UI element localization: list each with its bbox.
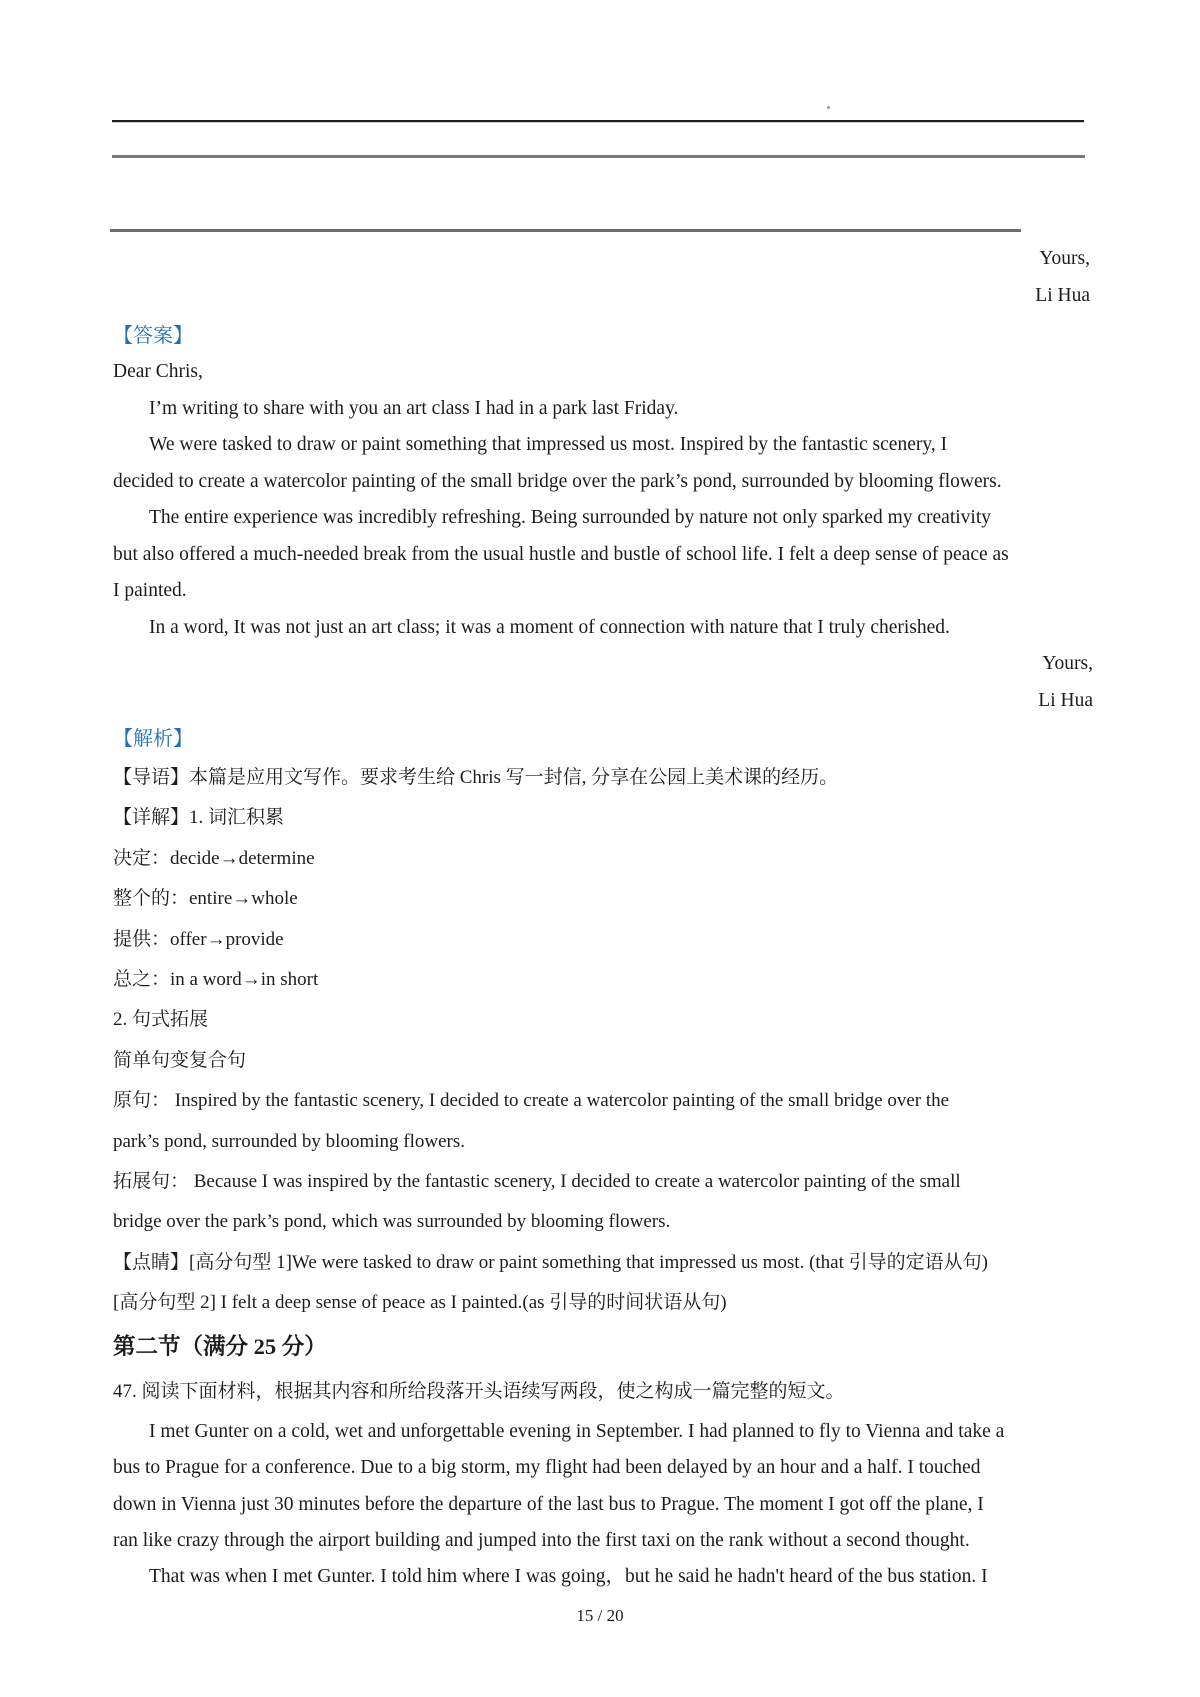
- document-page: Yours, Li Hua 【答案】 Dear Chris, I’m writi…: [0, 0, 1200, 1697]
- analysis-line: 【导语】本篇是应用文写作。要求考生给 Chris 写一封信, 分享在公园上美术课…: [113, 758, 1123, 798]
- answer-label: 【答案】: [113, 319, 193, 348]
- analysis-line: park’s pond, surrounded by blooming flow…: [113, 1122, 1123, 1162]
- answer-blank-line-1: [112, 120, 1084, 123]
- letter-closing-signature: Li Hua: [113, 683, 1093, 720]
- letter-line: In a word, It was not just an art class;…: [113, 610, 1093, 647]
- analysis-line: 简单句变复合句: [113, 1041, 1123, 1081]
- analysis-body: 【导语】本篇是应用文写作。要求考生给 Chris 写一封信, 分享在公园上美术课…: [113, 758, 1123, 1324]
- story-line: That was when I met Gunter. I told him w…: [113, 1559, 1093, 1595]
- letter-closing-yours: Yours,: [113, 646, 1093, 683]
- story-passage: I met Gunter on a cold, wet and unforget…: [113, 1414, 1093, 1595]
- analysis-line: 整个的：entire→whole: [113, 879, 1123, 919]
- letter-line: We were tasked to draw or paint somethin…: [113, 427, 1093, 464]
- analysis-line: 【点睛】[高分句型 1]We were tasked to draw or pa…: [113, 1243, 1123, 1283]
- closing-signature: Li Hua: [1035, 277, 1090, 314]
- letter-line: Dear Chris,: [113, 354, 1093, 391]
- story-line: ran like crazy through the airport build…: [113, 1523, 1093, 1559]
- question-47-prompt: 47. 阅读下面材料，根据其内容和所给段落开头语续写两段，使之构成一篇完整的短文…: [113, 1376, 845, 1403]
- analysis-line: 提供：offer→provide: [113, 920, 1123, 960]
- analysis-line: 2. 句式拓展: [113, 1000, 1123, 1040]
- letter-line: The entire experience was incredibly ref…: [113, 500, 1093, 537]
- story-line: I met Gunter on a cold, wet and unforget…: [113, 1414, 1093, 1450]
- letter-line: but also offered a much-needed break fro…: [113, 537, 1093, 574]
- page-number: 15 / 20: [0, 1606, 1200, 1626]
- analysis-line: 拓展句： Because I was inspired by the fanta…: [113, 1162, 1123, 1202]
- section-heading: 第二节（满分 25 分）: [113, 1329, 327, 1361]
- story-line: down in Vienna just 30 minutes before th…: [113, 1487, 1093, 1523]
- answer-blank-line-2: [112, 155, 1085, 158]
- analysis-label: 【解析】: [113, 722, 193, 751]
- letter-line: I painted.: [113, 573, 1093, 610]
- analysis-line: [高分句型 2] I felt a deep sense of peace as…: [113, 1283, 1123, 1323]
- analysis-line: bridge over the park’s pond, which was s…: [113, 1202, 1123, 1242]
- analysis-line: 原句： Inspired by the fantastic scenery, I…: [113, 1081, 1123, 1121]
- model-answer-letter: Dear Chris, I’m writing to share with yo…: [113, 354, 1093, 719]
- analysis-line: 【详解】1. 词汇积累: [113, 798, 1123, 838]
- letter-closing-top: Yours, Li Hua: [1035, 240, 1090, 314]
- analysis-line: 总之：in a word→in short: [113, 960, 1123, 1000]
- analysis-line: 决定：decide→determine: [113, 839, 1123, 879]
- letter-line: decided to create a watercolor painting …: [113, 464, 1093, 501]
- answer-blank-line-3: [110, 229, 1021, 232]
- letter-line: I’m writing to share with you an art cla…: [113, 391, 1093, 428]
- story-line: bus to Prague for a conference. Due to a…: [113, 1450, 1093, 1486]
- closing-yours: Yours,: [1035, 240, 1090, 277]
- scan-speck: [827, 106, 830, 109]
